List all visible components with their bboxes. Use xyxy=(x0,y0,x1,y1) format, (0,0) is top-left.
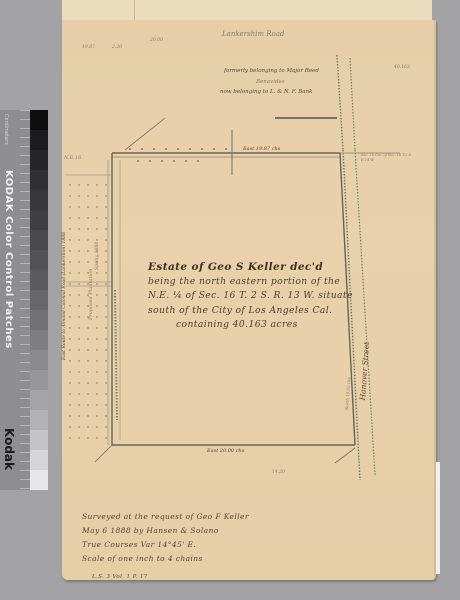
title-line-4: south of the City of Los Angeles Cal. xyxy=(148,304,353,319)
north-note-line2: Benavides xyxy=(256,79,285,85)
footer-line-2: May 6 1888 by Hansen & Solano xyxy=(82,524,249,538)
title-line-3: N.E. ¼ of Sec. 16 T. 2 S. R. 13 W. situa… xyxy=(148,289,353,304)
northeast-corner-note: Sec. 16 Cor. of Sec. 16 T.2 S. R.14 W. xyxy=(361,153,421,163)
margin-calc-3: 20.00 xyxy=(150,38,163,43)
footer-line-4: Scale of one inch to 4 chains xyxy=(82,552,249,566)
survey-footer: Surveyed at the request of Geo F Keller … xyxy=(82,510,249,584)
title-line-5: containing 40.163 acres xyxy=(148,318,353,333)
catalog-number: L.S. 3 Vol. 1 P. 17 xyxy=(82,570,249,584)
title-cartouche: Estate of Geo S Keller dec'd being the n… xyxy=(148,260,353,333)
west-corner-label: N.E.16 xyxy=(64,155,81,161)
west-tract-note-date: Spring 1888 xyxy=(95,242,100,270)
margin-calc-5: 14.20 xyxy=(272,470,285,475)
south-boundary-label: East 20.00 chs xyxy=(207,448,244,454)
footer-line-1: Surveyed at the request of Geo F Keller xyxy=(82,510,249,524)
north-note-line1: formerly belonging to Major Reed xyxy=(224,68,319,74)
margin-calc-2: 2.20 xyxy=(112,45,122,50)
margin-calc-1: 19.87 xyxy=(82,45,95,50)
north-note-line3: now belonging to L. & N. F. Bank xyxy=(220,89,312,95)
north-boundary-label: East 19.87 chs xyxy=(243,146,280,152)
margin-calc-4: 40.163 xyxy=(394,65,410,70)
north-tree-row xyxy=(129,148,227,162)
west-tract-note-plantation: Proposed Plantation xyxy=(88,269,94,320)
title-line-2: being the north eastern portion of the xyxy=(148,275,353,290)
west-tract-note: East Route to Almond Colonial Road (Lank… xyxy=(62,232,67,360)
road-label: Lankershim Road xyxy=(222,30,284,38)
title-line-1: Estate of Geo S Keller dec'd xyxy=(148,260,353,275)
footer-line-3: True Courses Var 14°45' E. xyxy=(82,538,249,552)
